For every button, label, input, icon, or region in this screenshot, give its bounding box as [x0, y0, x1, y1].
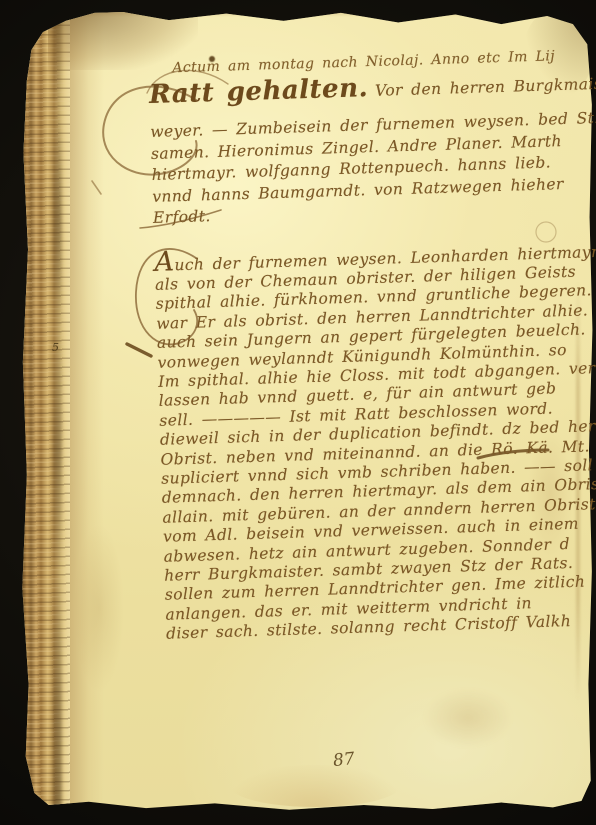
paragraph-resolution: Auch der furnemen weysen. Leonharden hie… — [154, 238, 596, 644]
binding-page-edges — [20, 8, 70, 813]
heading-continuation: Vor den herren Burgkmaist. Balthas — [375, 72, 596, 100]
stain — [230, 765, 400, 807]
heading: Ratt gehalten. — [149, 73, 369, 110]
stain — [423, 688, 513, 748]
ink-blot — [209, 56, 215, 62]
manuscript-scan: Actum am montag nach Nicolaj. Anno etc I… — [0, 0, 596, 825]
margin-mark: 5 — [52, 341, 59, 354]
handwritten-text: Actum am montag nach Nicolaj. Anno etc I… — [148, 44, 596, 644]
binding-fade — [70, 8, 104, 813]
binding-crevice — [53, 8, 62, 813]
page-number: 87 — [332, 749, 356, 771]
paragraph-attendees: weyer. — Zumbeisein der furnemen weysen.… — [150, 108, 596, 229]
top-edge-wear — [80, 8, 585, 17]
